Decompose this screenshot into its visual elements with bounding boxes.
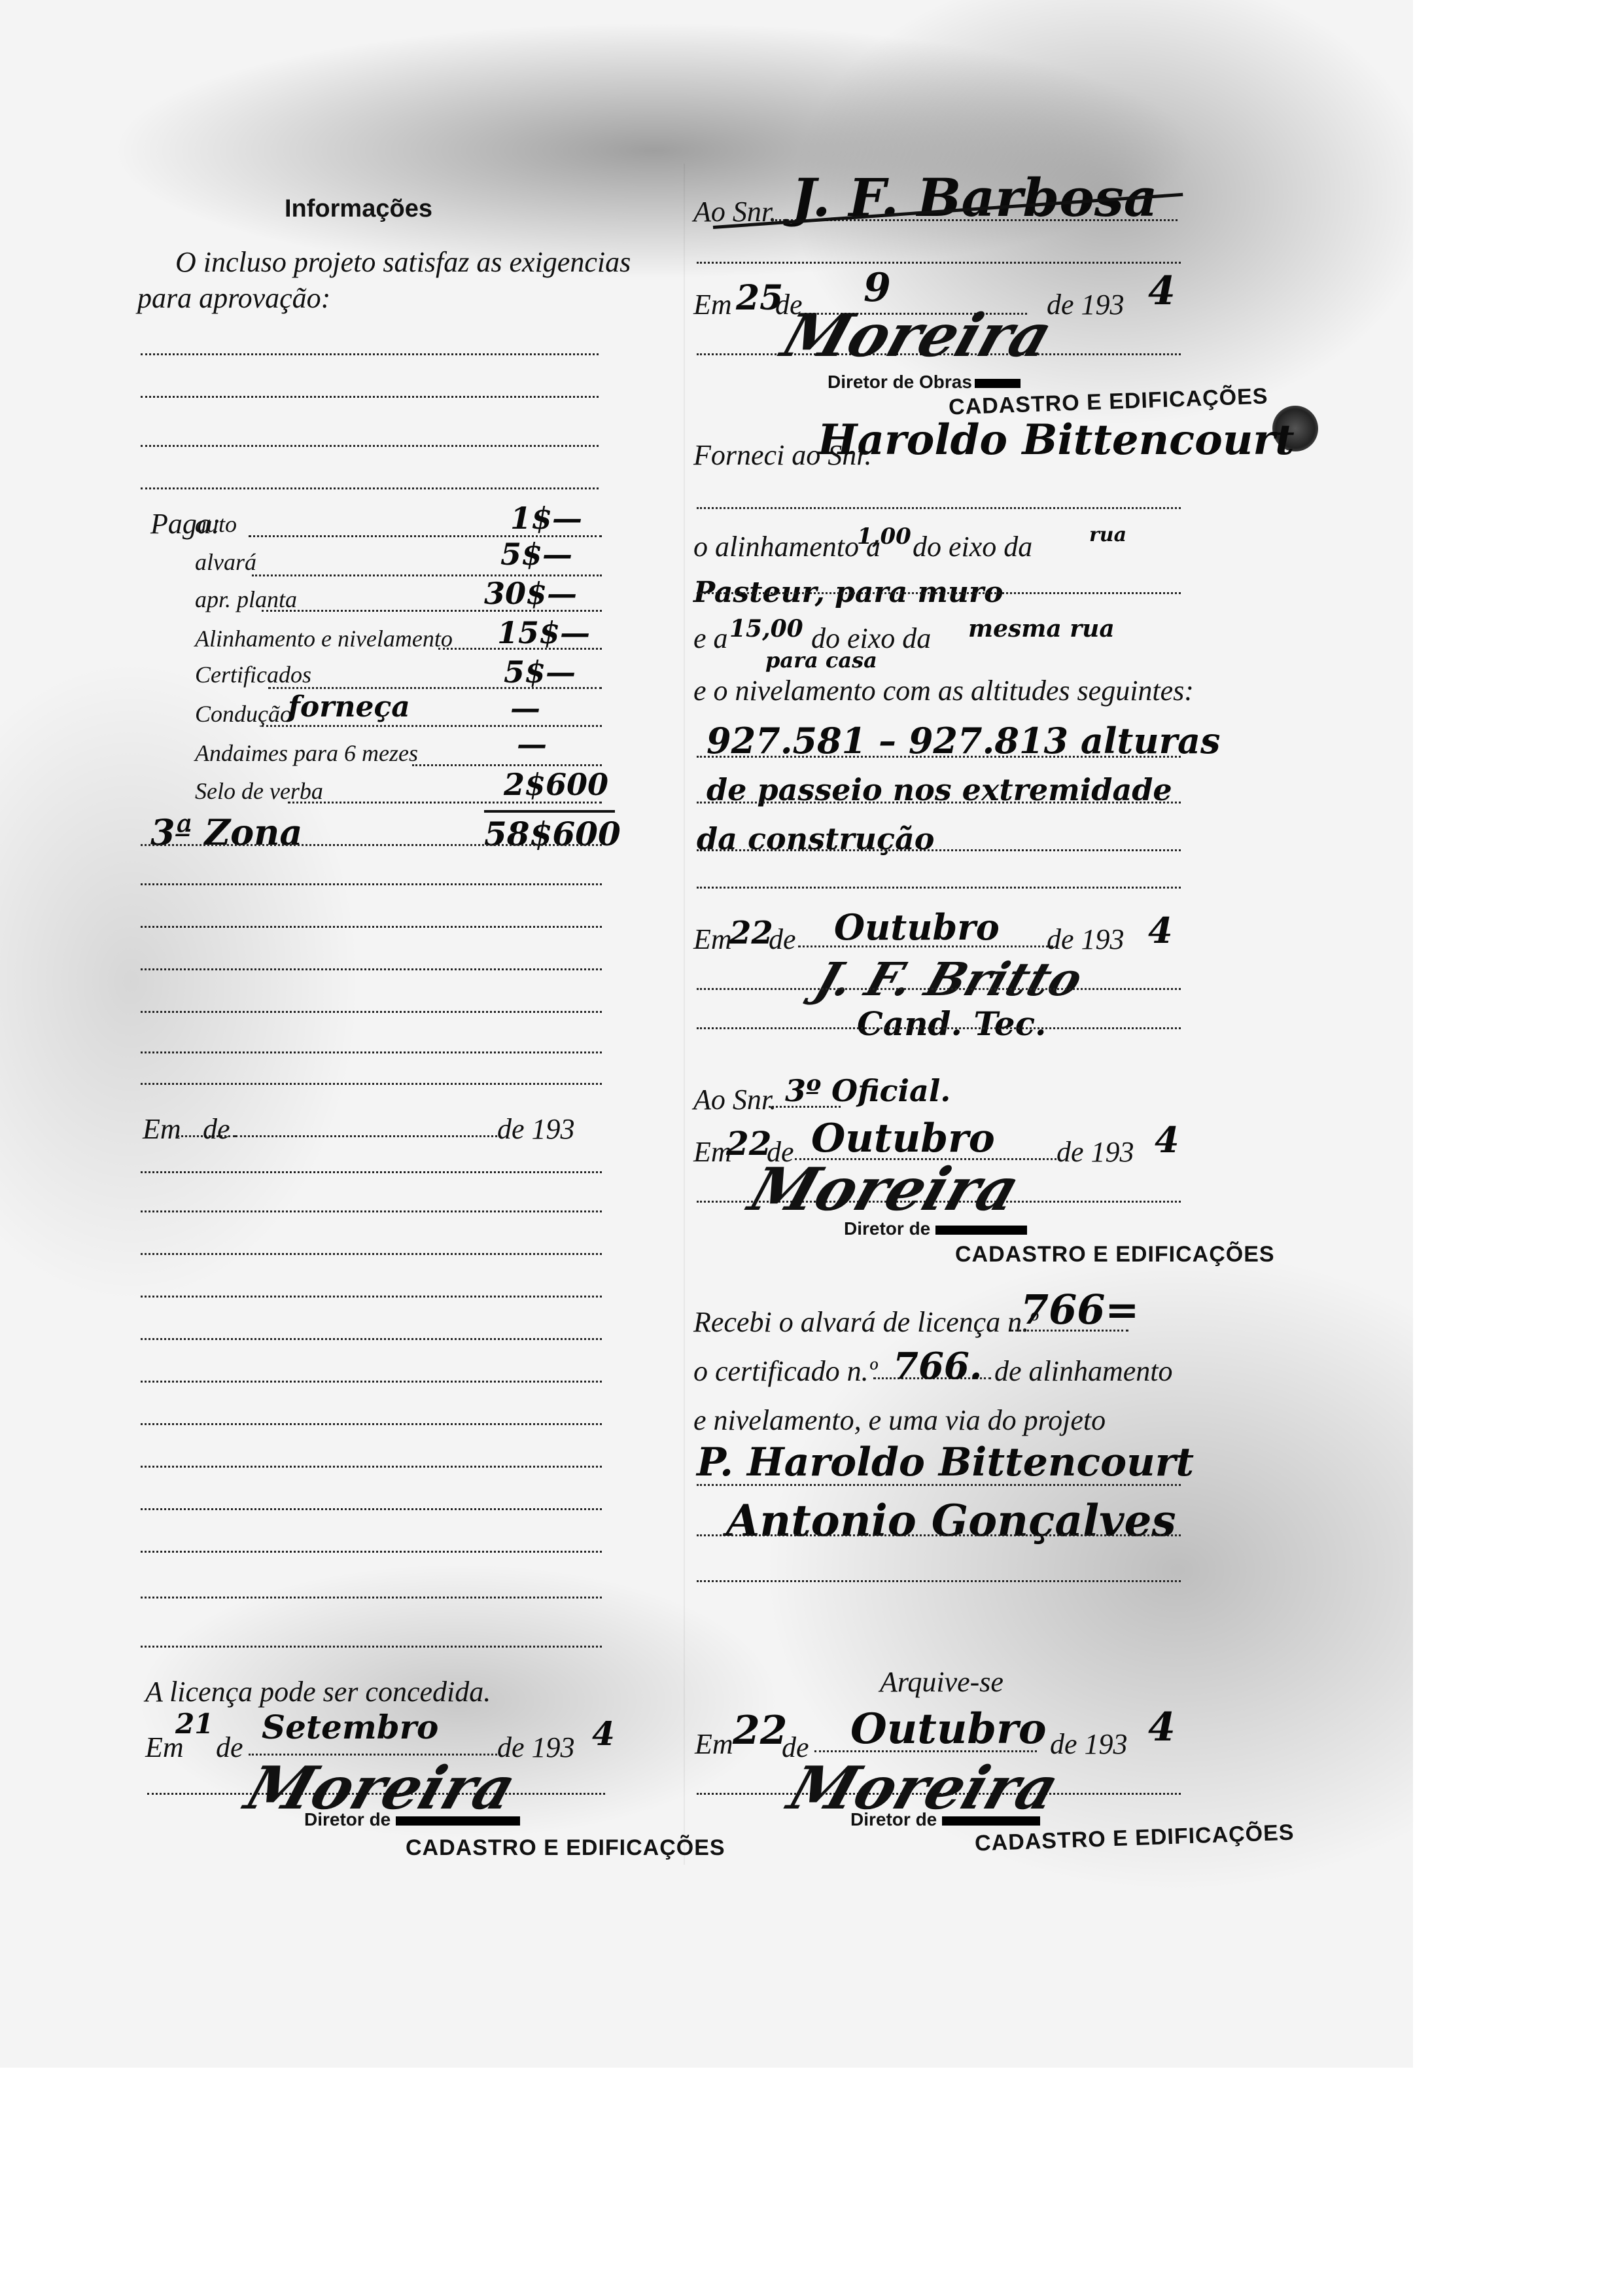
director-stamp-label: Diretor de (844, 1218, 1027, 1239)
fee-value: 5$— (504, 654, 576, 690)
date-month: Outubro (834, 906, 1000, 948)
fee-label: Selo de verba (195, 777, 323, 805)
blank-line (697, 887, 1181, 889)
year-label: de 193 (497, 1112, 575, 1146)
eixo-label: do eixo da (913, 530, 1032, 563)
blank-line (141, 1296, 602, 1298)
arquive-label: Arquive-se (880, 1665, 1003, 1699)
em-label: Em (143, 1112, 181, 1146)
director-stamp-label: Diretor de Obras (828, 372, 1021, 393)
month-blank (236, 1135, 497, 1137)
year-digit: 4 (1148, 1704, 1176, 1750)
certificado-label: o certificado n.º (693, 1354, 877, 1388)
blank-line (697, 756, 1181, 758)
blank-line (141, 1551, 602, 1553)
date-day: 22 (733, 1708, 788, 1754)
fee-label: Condução (195, 700, 292, 728)
street-ref: mesma rua (968, 615, 1115, 643)
redaction-bar (935, 1226, 1027, 1235)
certificado-tail: de alinhamento (994, 1354, 1173, 1388)
purpose-note: para casa (765, 648, 877, 673)
blank-line (697, 1027, 1181, 1029)
de-label: de (769, 923, 796, 956)
year-label: de 193 (1056, 1135, 1134, 1169)
ao-snr-value: 3º Oficial. (785, 1073, 951, 1108)
redaction-bar (396, 1816, 520, 1826)
ao-snr-label: Ao Snr. (693, 1083, 777, 1116)
document-sheet: Informações O incluso projeto satisfaz a… (0, 0, 1413, 2068)
blank-line (141, 1171, 602, 1173)
fee-label: Alinhamento e nivelamento (195, 625, 453, 652)
director-stamp-label: Diretor de (304, 1809, 520, 1830)
date-day: 22 (729, 915, 773, 951)
license-text: A licença pode ser concedida. (145, 1675, 491, 1708)
total-underline (484, 810, 615, 813)
director-signature: Moreira (741, 1155, 1028, 1224)
department-stamp: CADASTRO E EDIFICAÇÕES (406, 1835, 725, 1861)
blank-line (141, 844, 602, 846)
date-month: Outubro (850, 1704, 1047, 1754)
fee-value: — (510, 690, 540, 726)
fee-value: — (517, 726, 547, 762)
blank-line (141, 445, 599, 447)
signature-line (697, 1484, 1181, 1486)
blank-line (697, 507, 1181, 509)
blank-line (141, 968, 602, 970)
nivelamento-label: e o nivelamento com as altitudes seguint… (693, 674, 1194, 707)
year-digit: 4 (1148, 268, 1176, 314)
director-stamp-label: Diretor de (850, 1809, 1040, 1830)
alinhamento-distance: 15,00 (729, 615, 803, 643)
forneci-value: Haroldo Bittencourt (818, 415, 1295, 465)
technician-signature: J. F. Britto (809, 952, 1090, 1006)
blank-line (141, 1381, 602, 1383)
intro-line-2: para aprovação: (137, 281, 330, 315)
de-label: de (203, 1112, 230, 1146)
blank-line (141, 353, 599, 355)
certificate-number: 766. (893, 1345, 982, 1388)
year-digit: 4 (1155, 1119, 1179, 1161)
blank-line (141, 1466, 602, 1468)
date-day: 21 (175, 1708, 213, 1740)
blank-line (141, 396, 599, 398)
via-label: e nivelamento, e uma via do projeto (693, 1404, 1106, 1437)
blank-line (141, 883, 602, 885)
recipient-signature-2: Antonio Gonçalves (726, 1495, 1176, 1546)
blank-line (141, 1508, 602, 1510)
fee-value: 5$— (500, 537, 572, 572)
de-label: de (216, 1731, 243, 1764)
department-stamp: CADASTRO E EDIFICAÇÕES (955, 1242, 1275, 1267)
alinhamento-label: o alinhamento a (693, 530, 881, 563)
blank-line (141, 1011, 602, 1013)
license-number: 766= (1021, 1286, 1139, 1333)
blank-line (141, 1338, 602, 1340)
intro-line-1: O incluso projeto satisfaz as exigencias (175, 245, 631, 279)
fee-note: forneça (288, 690, 410, 724)
blank-line (697, 262, 1181, 264)
fee-label: alvará (195, 548, 256, 576)
column-divider (684, 164, 685, 1865)
e-a-label: e a (693, 622, 728, 655)
recipient-signature-1: P. Haroldo Bittencourt (697, 1439, 1194, 1485)
fee-dots (412, 764, 602, 766)
year-label: de 193 (1047, 923, 1125, 956)
year-digit: 4 (1148, 910, 1173, 951)
fee-dots (262, 725, 602, 727)
signature-line (697, 1534, 1181, 1536)
blank-line (141, 1051, 602, 1053)
fee-value: 2$600 (504, 767, 608, 802)
blank-line (141, 1253, 602, 1255)
recebi-label: Recebi o alvará de licença n.º (693, 1305, 1038, 1339)
blank-line (141, 487, 599, 489)
blank-line (697, 849, 1181, 851)
blank-line (141, 1597, 602, 1598)
em-label: Em (693, 288, 732, 321)
fee-label: auto (195, 510, 237, 538)
informacoes-heading: Informações (285, 195, 432, 223)
blank-line (141, 1423, 602, 1425)
fee-label: Andaimes para 6 mezes (195, 739, 418, 767)
technician-title: Cand. Tec. (857, 1004, 1046, 1043)
blank-line (141, 1646, 602, 1648)
year-digit: 4 (592, 1714, 615, 1753)
signature-line (697, 988, 1181, 990)
blank-line (141, 926, 602, 928)
total-value: 58$600 (484, 815, 621, 853)
blank-line (141, 1083, 602, 1085)
blank-line (697, 802, 1181, 804)
redaction-bar (942, 1816, 1040, 1826)
fee-label: apr. planta (195, 586, 297, 613)
blank-line (141, 1210, 602, 1212)
fee-label: Certificados (195, 661, 311, 688)
director-signature: Moreira (774, 301, 1061, 370)
fee-value: 1$— (510, 501, 582, 536)
fee-value: 30$— (484, 576, 577, 611)
zone-label: 3ª Zona (150, 811, 302, 853)
redaction-bar (975, 379, 1021, 388)
blank-line (697, 592, 1181, 594)
blank-line (697, 1580, 1181, 1582)
alinhamento-distance: 1,00 (857, 523, 911, 550)
street-type: rua (1089, 523, 1126, 546)
date-month: Setembro (262, 1708, 438, 1746)
fee-value: 15$— (497, 615, 590, 650)
em-label: Em (695, 1727, 733, 1761)
em-label: Em (693, 923, 732, 956)
